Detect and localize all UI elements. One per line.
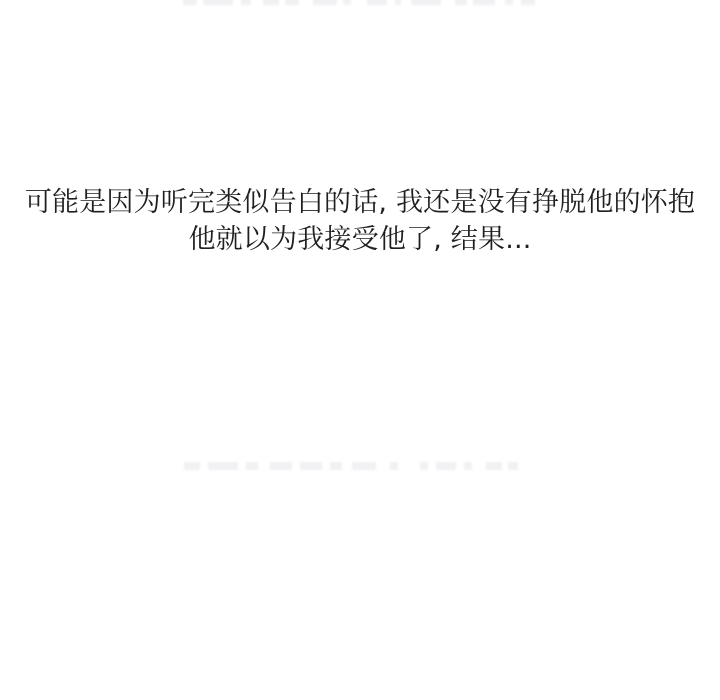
dialogue-text-block: 可能是因为听完类似告白的话, 我还是没有挣脱他的怀抱 他就以为我接受他了, 结果… [0,184,720,258]
faded-text-fragment [508,462,518,470]
faded-text-fragment [246,462,258,470]
faded-text-fragment [390,462,398,470]
faded-text-fragment [420,462,428,470]
faded-text-fragment [395,0,401,5]
faded-text-fragment [241,0,251,5]
faded-text-remnant-top [183,0,535,5]
faded-text-fragment [352,462,376,470]
faded-text-fragment [473,0,495,5]
faded-text-fragment [270,462,292,470]
faded-text-fragment [436,462,456,470]
faded-text-remnant-middle [184,462,518,470]
faded-text-fragment [486,462,502,470]
faded-text-fragment [300,462,322,470]
faded-text-fragment [367,0,387,5]
faded-text-fragment [521,0,535,5]
faded-text-fragment [285,0,299,5]
faded-text-fragment [464,462,472,470]
comic-page: 可能是因为听完类似告白的话, 我还是没有挣脱他的怀抱 他就以为我接受他了, 结果… [0,0,720,700]
faded-text-fragment [330,462,342,470]
faded-text-fragment [411,0,441,5]
faded-text-fragment [203,0,233,5]
faded-text-fragment [505,0,513,5]
dialogue-line-2: 他就以为我接受他了, 结果... [0,221,720,258]
faded-text-fragment [184,462,200,470]
faded-text-fragment [455,0,467,5]
faded-text-fragment [343,0,351,5]
faded-text-fragment [208,462,238,470]
dialogue-line-1: 可能是因为听完类似告白的话, 我还是没有挣脱他的怀抱 [0,184,720,221]
faded-text-fragment [313,0,337,5]
faded-text-fragment [183,0,197,5]
faded-text-fragment [263,0,279,5]
